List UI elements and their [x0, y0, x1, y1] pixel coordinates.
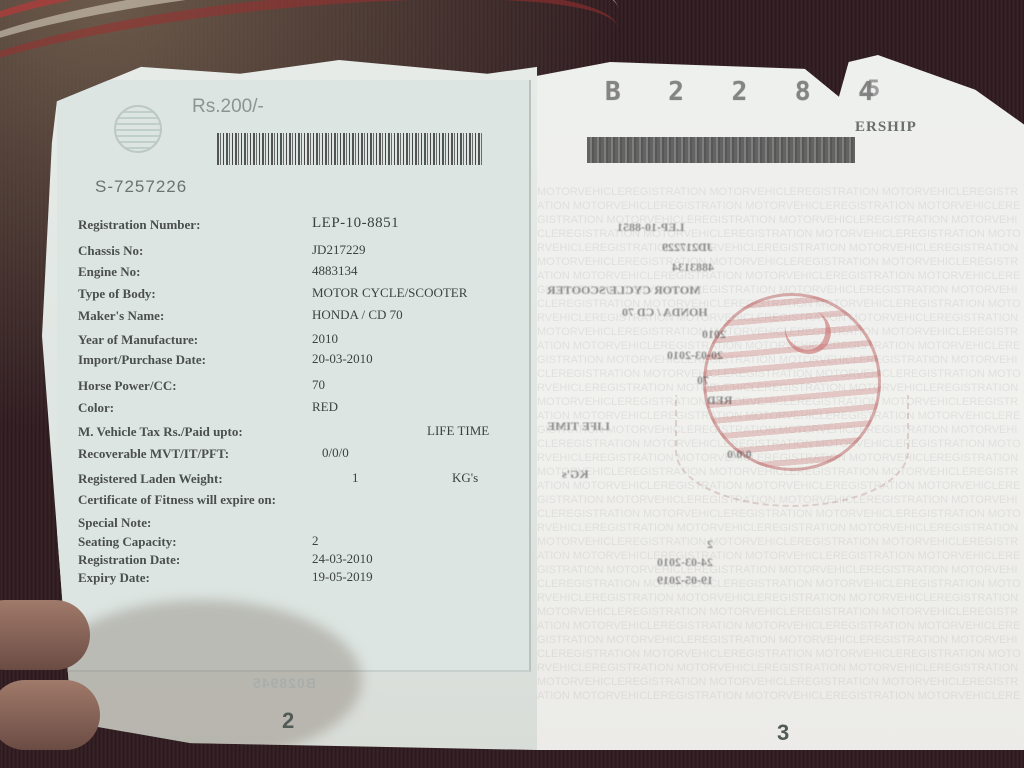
- mirrored-text: 4883134: [672, 260, 714, 275]
- field-label: Registration Date:: [78, 552, 180, 568]
- price-label: Rs.200/-: [192, 96, 264, 118]
- field-unit: KG's: [452, 470, 478, 486]
- field-value: 24-03-2010: [312, 551, 373, 567]
- field-value: 19-05-2019: [312, 569, 373, 585]
- photo-scene: Rs.200/- S-7257226 Registration Number:L…: [0, 0, 1024, 768]
- mirrored-text: 19-05-2019: [657, 573, 713, 588]
- field-label: Maker's Name:: [78, 308, 164, 324]
- page-number: 2: [282, 708, 294, 734]
- wreath-icon: [675, 395, 909, 507]
- finger: [0, 680, 100, 750]
- field-label: Chassis No:: [78, 243, 143, 259]
- field-value: 1: [352, 470, 359, 486]
- mirrored-text: LEP-10-8851: [617, 220, 684, 235]
- barcode: [217, 133, 482, 165]
- field-label: Color:: [78, 400, 114, 416]
- field-label: Recoverable MVT/IT/PFT:: [78, 446, 229, 462]
- field-value: 20-03-2010: [312, 351, 373, 367]
- field-value: 70: [312, 377, 325, 393]
- field-value: 0/0/0: [322, 445, 349, 461]
- field-label: Type of Body:: [78, 286, 156, 302]
- dot-matrix-suffix: 5: [867, 77, 880, 102]
- field-label: Registered Laden Weight:: [78, 471, 223, 487]
- page-title-fragment: ERSHIP: [855, 119, 917, 136]
- field-label: Special Note:: [78, 515, 151, 531]
- field-value: LEP-10-8851: [312, 215, 399, 232]
- page-number: 3: [777, 720, 789, 746]
- dot-matrix-number: B 2 2 8 4: [605, 77, 890, 107]
- registration-page-right: MOTORVEHICLEREGISTRATION MOTORVEHICLEREG…: [537, 55, 1024, 750]
- mirrored-text: 20-03-2010: [667, 348, 723, 363]
- registration-page-left: Rs.200/- S-7257226 Registration Number:L…: [42, 60, 537, 750]
- mirrored-stamp: B028945: [252, 675, 316, 691]
- mirrored-text: RED: [707, 393, 732, 408]
- mirrored-text: HONDA / CD 70: [622, 305, 708, 320]
- field-value: 2: [312, 533, 319, 549]
- field-label: Registration Number:: [78, 217, 200, 233]
- field-value: MOTOR CYCLE/SCOOTER: [312, 285, 467, 301]
- mirrored-text: MOTOR CYCLE/SCOOTER: [547, 283, 700, 298]
- field-label: Horse Power/CC:: [78, 378, 177, 394]
- field-value: HONDA / CD 70: [312, 307, 403, 323]
- mirrored-text: KG's: [562, 467, 589, 482]
- field-value: 4883134: [312, 263, 358, 279]
- field-value: JD217229: [312, 242, 365, 258]
- serial-number: S-7257226: [95, 177, 187, 197]
- mirrored-text: JD217229: [662, 240, 713, 255]
- field-label: M. Vehicle Tax Rs./Paid upto:: [78, 424, 243, 440]
- field-label: Expiry Date:: [78, 570, 150, 586]
- field-label: Engine No:: [78, 264, 140, 280]
- mirrored-text: 2010: [702, 327, 726, 342]
- finger: [0, 600, 90, 670]
- field-label: Import/Purchase Date:: [78, 352, 206, 368]
- field-label: Certificate of Fitness will expire on:: [78, 492, 276, 508]
- field-value: 2010: [312, 331, 338, 347]
- punjab-emblem-icon: [114, 105, 162, 153]
- title-band: [587, 137, 855, 163]
- mirrored-text: 70: [697, 373, 709, 388]
- field-value: LIFE TIME: [427, 423, 489, 439]
- mirrored-text: 0/0/0: [727, 447, 752, 462]
- mirrored-text: 24-03-2010: [657, 555, 713, 570]
- field-label: Seating Capacity:: [78, 534, 177, 550]
- mirrored-text: 2: [707, 537, 713, 552]
- field-value: RED: [312, 399, 338, 415]
- field-label: Year of Manufacture:: [78, 332, 198, 348]
- mirrored-text: LIFE TIME: [547, 419, 610, 434]
